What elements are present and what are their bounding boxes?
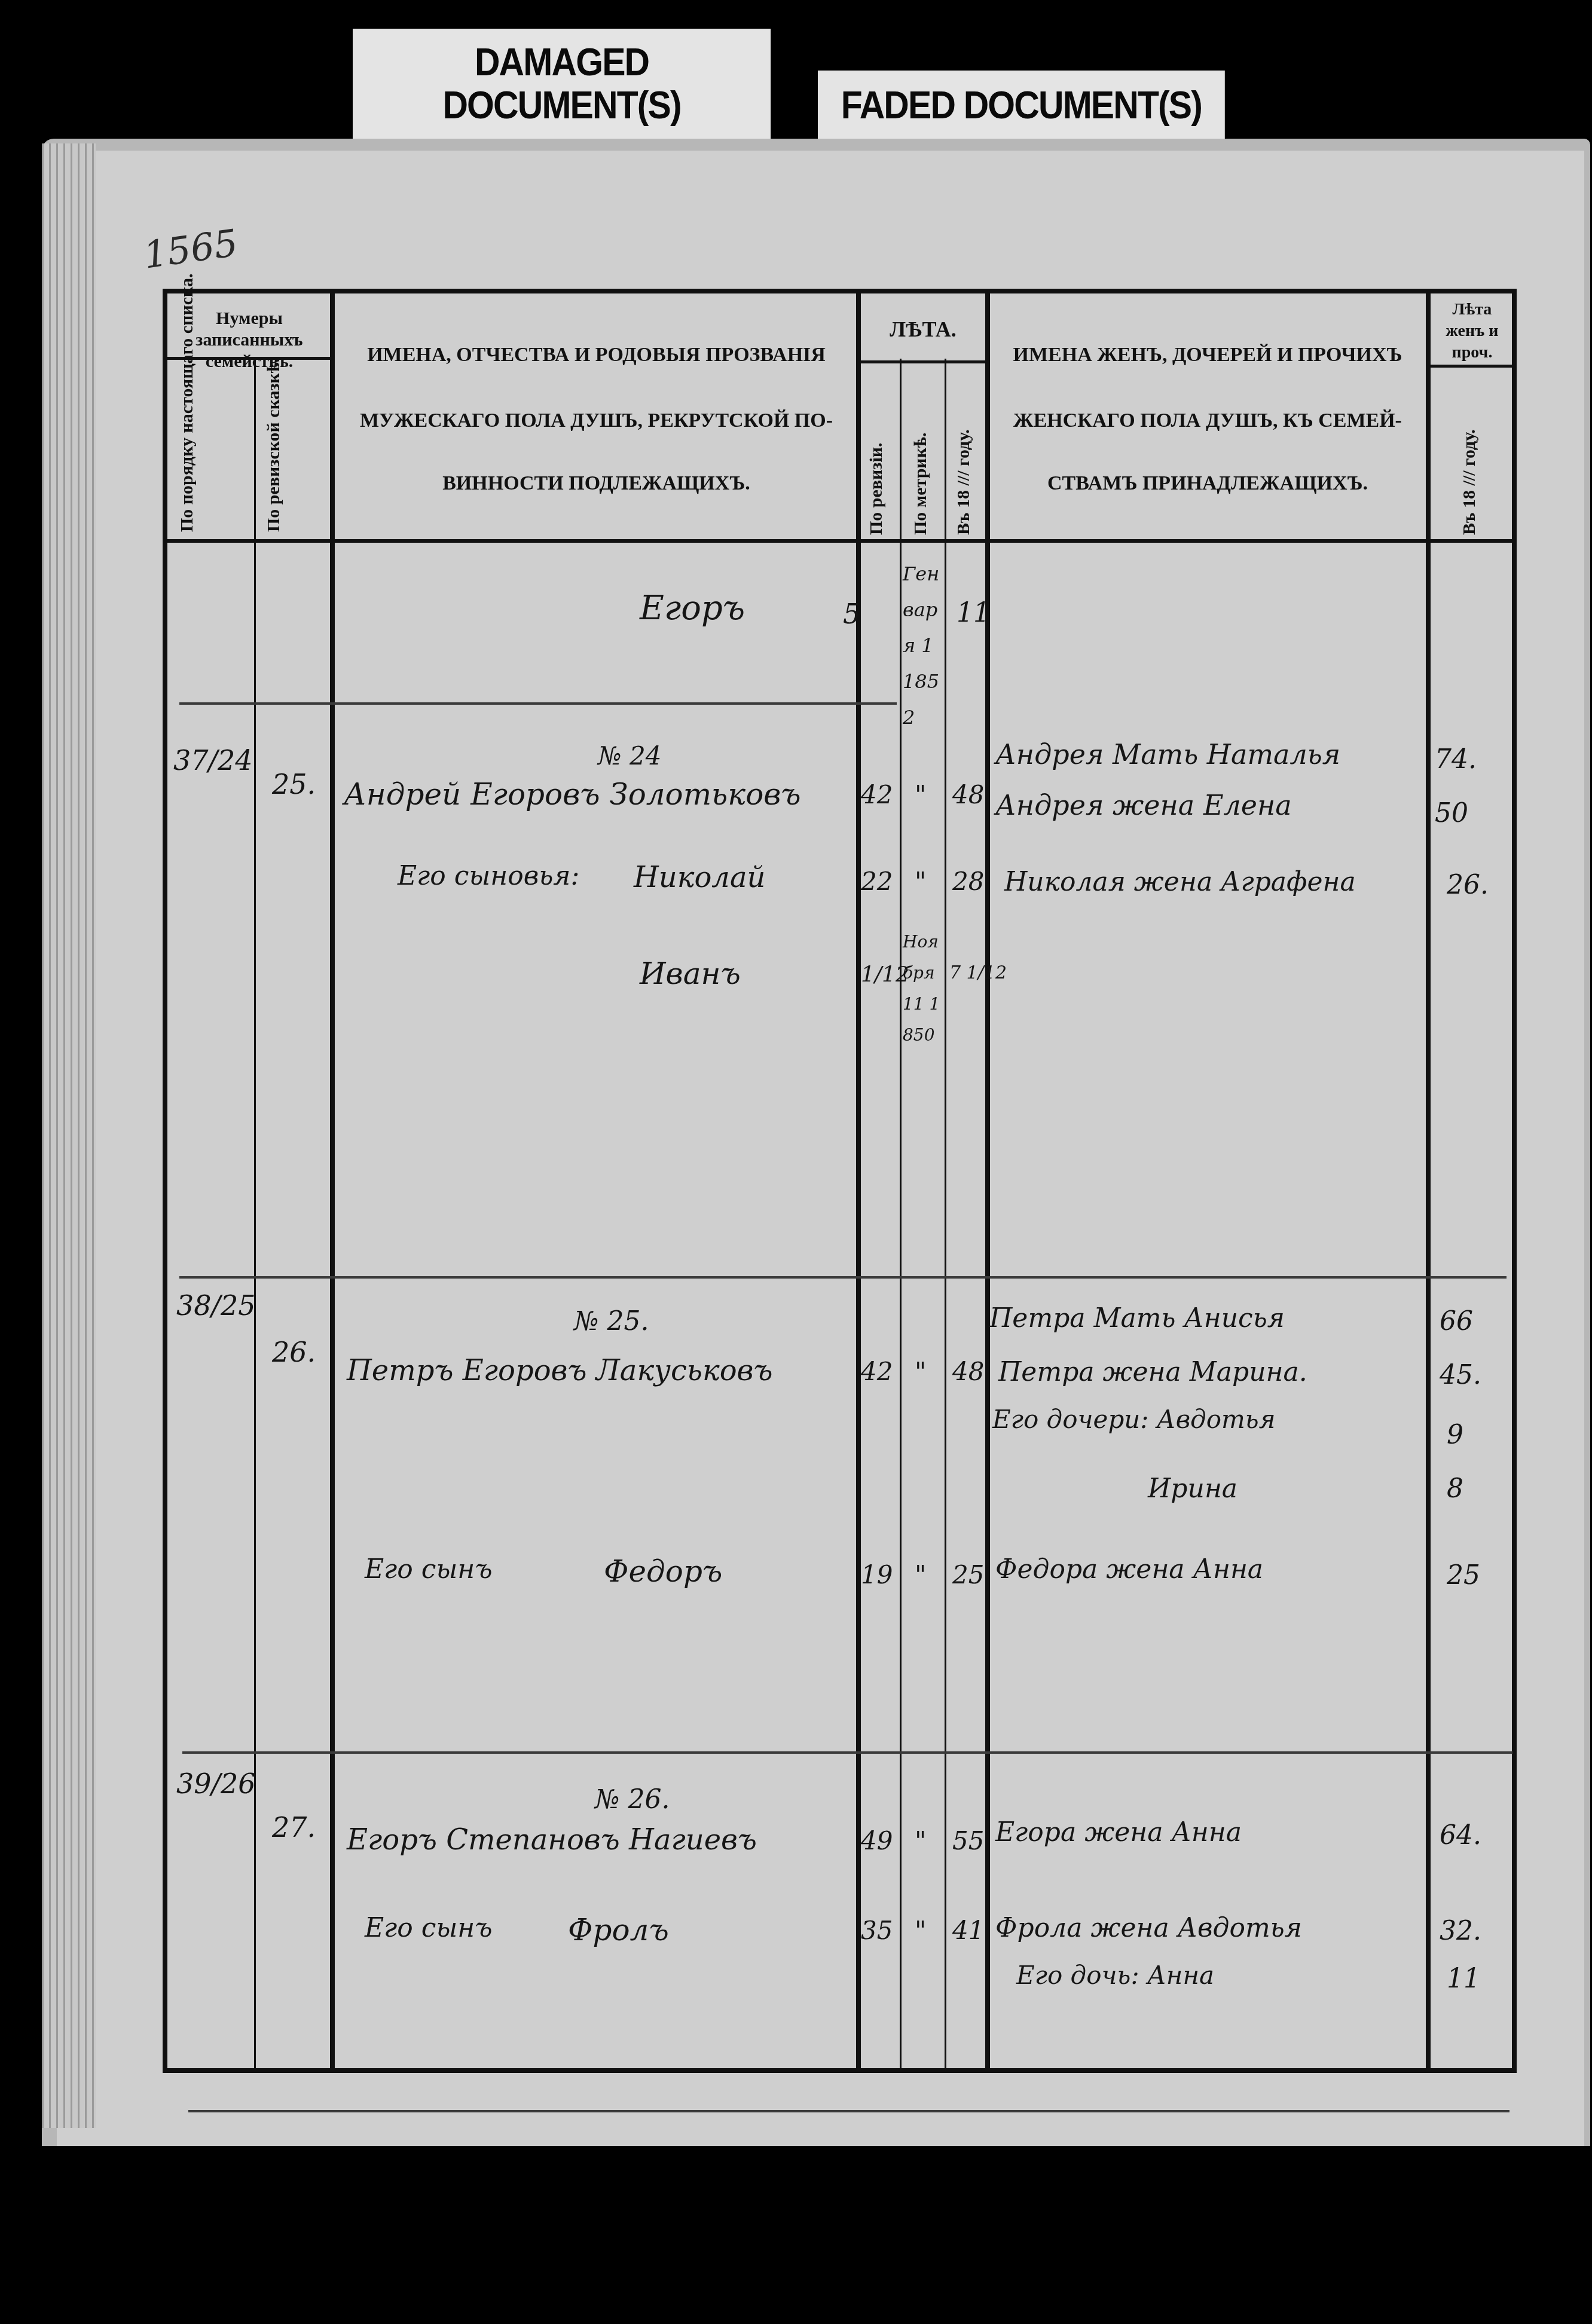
female-name: Николая жена Аграфена	[1004, 867, 1356, 897]
age-metric: "	[915, 1560, 926, 1589]
household-number: № 26.	[595, 1784, 670, 1815]
age-revision: 42	[861, 1357, 893, 1386]
age-metric: "	[915, 1357, 926, 1386]
age-year: 7 1/12	[949, 962, 1007, 983]
household-number: № 25.	[574, 1306, 649, 1337]
female-age: 26.	[1447, 870, 1489, 900]
female-name: Ирина	[1148, 1473, 1237, 1504]
age-revision: 19	[861, 1560, 893, 1589]
male-relation: Его сыновья:	[398, 861, 579, 891]
header-col-in-year: Въ 18 /// году.	[953, 383, 974, 535]
torn-bottom-edge	[0, 2146, 1592, 2324]
header-subdivider	[1429, 365, 1512, 368]
header-col-by-list: По порядку настоящаго списка.	[176, 377, 224, 532]
female-name: Фрола жена Авдотья	[995, 1913, 1302, 1943]
header-female-ages: Лѣта женъ и проч.	[1432, 299, 1512, 363]
female-age: 11	[1447, 1964, 1480, 1994]
header-col-by-metrics: По метрикѣ.	[910, 383, 931, 535]
header-col-by-revision: По ревизіи.	[866, 383, 887, 535]
damaged-documents-label: DAMAGED DOCUMENT(S)	[353, 29, 771, 151]
header-female-names-1: ИМЕНА ЖЕНЪ, ДОЧЕРЕЙ И ПРОЧИХЪ	[992, 344, 1423, 366]
header-male-names-1: ИМЕНА, ОТЧЕСТВА И РОДОВЫЯ ПРОЗВАНІЯ	[338, 344, 855, 366]
female-name: Его дочь: Анна	[1016, 1961, 1214, 1990]
age-revision: 5	[843, 598, 860, 630]
female-name: Его дочери: Авдотья	[992, 1405, 1276, 1434]
col-divider	[330, 293, 335, 2071]
page-edges-stack	[42, 143, 96, 2128]
col-divider	[945, 359, 946, 2071]
list-number: 38/25	[176, 1291, 212, 1320]
age-year: 28	[952, 867, 984, 896]
male-relation: Его сынъ	[365, 1554, 493, 1585]
age-year: 48	[952, 1357, 984, 1386]
household-number: № 24	[598, 741, 662, 770]
entry-separator	[182, 1751, 1512, 1754]
male-name: Егоръ	[640, 589, 745, 628]
female-age: 9	[1447, 1420, 1463, 1450]
male-name: Федоръ	[604, 1554, 722, 1589]
damaged-label-line1: DAMAGED	[353, 41, 771, 84]
tale-number: 27.	[272, 1811, 316, 1843]
age-year: 11	[957, 598, 990, 628]
female-name: Федора жена Анна	[995, 1554, 1263, 1585]
col-divider	[985, 293, 990, 2071]
age-year: 41	[952, 1916, 984, 1945]
col-divider	[900, 359, 902, 2071]
male-name: Егоръ Степановъ Нагиевъ	[347, 1823, 757, 1857]
damaged-label-line2: DOCUMENT(S)	[353, 84, 771, 127]
female-age: 25	[1447, 1560, 1480, 1591]
col-divider	[856, 293, 861, 2071]
male-name: Николай	[634, 861, 765, 894]
header-subdivider	[858, 360, 987, 363]
age-metric: Генваря 1 1852	[903, 556, 945, 735]
age-revision: 1/12	[861, 962, 909, 987]
header-ages: ЛѢТА.	[861, 317, 985, 342]
header-male-names-2: МУЖЕСКАГО ПОЛА ДУШЪ, РЕКРУТСКОЙ ПО-	[338, 409, 855, 432]
age-metric: "	[915, 1826, 926, 1855]
header-col-by-tale: По ревизской сказкѣ.	[263, 377, 311, 532]
age-revision: 49	[861, 1826, 893, 1855]
header-female-names-2: ЖЕНСКАГО ПОЛА ДУШЪ, КЪ СЕМЕЙ-	[992, 409, 1423, 432]
male-name: Андрей Егоровъ Золотьковъ	[344, 777, 801, 812]
age-year: 25	[952, 1560, 984, 1589]
entry-separator	[179, 1276, 1507, 1279]
female-age: 64.	[1440, 1820, 1481, 1851]
age-revision: 35	[861, 1916, 893, 1945]
female-age: 50	[1435, 798, 1468, 828]
female-name: Андрея жена Елена	[995, 789, 1292, 821]
female-name: Егора жена Анна	[995, 1817, 1242, 1848]
col-divider	[254, 359, 256, 2071]
header-female-names-3: СТВАМЪ ПРИНАДЛЕЖАЩИХЪ.	[992, 472, 1423, 495]
header-male-names-3: ВИННОСТИ ПОДЛЕЖАЩИХЪ.	[338, 472, 855, 495]
entry-separator	[188, 2110, 1510, 2112]
female-name: Петра жена Марина.	[998, 1357, 1307, 1387]
list-number: 39/26	[176, 1769, 212, 1798]
header-col-female-in-year: Въ 18 /// году.	[1459, 395, 1480, 535]
age-year: 48	[952, 780, 984, 809]
female-age: 8	[1447, 1473, 1463, 1504]
female-name: Петра Мать Анисья	[989, 1303, 1285, 1334]
tale-number: 25.	[272, 768, 316, 800]
age-metric: "	[915, 867, 926, 896]
age-revision: 42	[861, 780, 893, 809]
age-metric: "	[915, 780, 926, 809]
age-year: 55	[952, 1826, 984, 1855]
female-age: 45.	[1440, 1360, 1481, 1390]
female-age: 74.	[1435, 744, 1477, 775]
age-metric: "	[915, 1916, 926, 1945]
male-name: Иванъ	[640, 956, 741, 991]
female-name: Андрея Мать Наталья	[995, 738, 1340, 770]
list-number: 37/24	[173, 744, 253, 776]
faded-label-text: FADED DOCUMENT(S)	[818, 84, 1225, 127]
female-age: 66	[1440, 1306, 1473, 1337]
tale-number: 26.	[272, 1336, 316, 1368]
col-divider	[1426, 293, 1431, 2071]
female-age: 32.	[1440, 1916, 1481, 1946]
age-revision: 22	[861, 867, 893, 896]
male-relation: Его сынъ	[365, 1913, 493, 1943]
age-metric: Ноября 11 1850	[903, 926, 946, 1051]
header-bottom-rule	[167, 539, 1512, 543]
revision-table	[163, 289, 1517, 2073]
male-name: Петръ Егоровъ Лакуськовъ	[347, 1354, 772, 1387]
male-name: Фролъ	[568, 1913, 669, 1947]
entry-separator	[179, 702, 897, 705]
